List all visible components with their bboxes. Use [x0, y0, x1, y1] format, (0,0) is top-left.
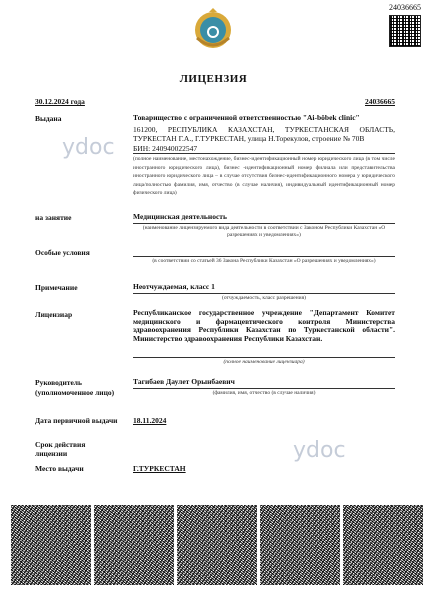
- note-label: Примечание: [35, 283, 78, 292]
- first-issue-value: 18.11.2024: [133, 416, 166, 425]
- first-issue-label: Дата первичной выдачи: [35, 416, 118, 425]
- qr-code: [389, 15, 421, 47]
- divider: [133, 357, 395, 358]
- licensor-label: Лицензиар: [35, 310, 72, 319]
- conditions-hint: (в соответствии со статьей 36 Закона Рес…: [133, 258, 395, 265]
- licensor-hint: (полное наименование лицензиара): [133, 359, 395, 366]
- validity-label: Срок действия: [35, 440, 85, 449]
- activity-value: Медицинская деятельность: [133, 212, 395, 221]
- place-value: Г.ТУРКЕСТАН: [133, 464, 186, 473]
- digital-signature-code: [11, 505, 91, 585]
- issued-label: Выдана: [35, 114, 61, 123]
- issued-address: 161200, РЕСПУБЛИКА КАЗАХСТАН, ТУРКЕСТАНС…: [133, 126, 395, 143]
- digital-signature-code: [177, 505, 257, 585]
- validity-label-sub: лицензии: [35, 449, 67, 458]
- issue-date: 30.12.2024 года: [35, 97, 85, 106]
- digital-signature-code: [260, 505, 340, 585]
- license-number: 24036665: [365, 97, 395, 106]
- note-hint: (отчуждаемость, класс разрешения): [133, 295, 395, 302]
- conditions-label: Особые условия: [35, 248, 90, 257]
- divider: [133, 256, 395, 257]
- head-hint: (фамилия, имя, отчество (в случае наличи…: [133, 390, 395, 397]
- watermark: ydoc: [62, 135, 115, 160]
- state-emblem-icon: [193, 8, 233, 53]
- issued-hint: (полное наименование, местонахождение, б…: [133, 155, 395, 198]
- head-label: Руководитель: [35, 378, 82, 387]
- licensor-value: Республиканское государственное учрежден…: [133, 309, 395, 343]
- digital-signature-code: [94, 505, 174, 585]
- watermark: ydoc: [293, 438, 346, 463]
- issued-value: Товарищество с ограниченной ответственно…: [133, 113, 395, 122]
- divider: [133, 293, 395, 294]
- activity-hint: (наименование лицензируемого вида деятел…: [133, 225, 395, 239]
- digital-signature-code: [343, 505, 423, 585]
- head-value: Тагибаев Даулет Орынбаевич: [133, 377, 395, 386]
- document-number-top: 24036665: [389, 3, 421, 12]
- note-value: Неотчуждаемая, класс 1: [133, 282, 395, 291]
- place-label: Место выдачи: [35, 464, 84, 473]
- activity-label: на занятие: [35, 213, 71, 222]
- divider: [133, 388, 395, 389]
- head-label-sub: (уполномоченное лицо): [35, 388, 114, 397]
- divider: [133, 153, 395, 154]
- divider: [133, 223, 395, 224]
- issued-bin: БИН: 240940022547: [133, 144, 395, 153]
- document-title: ЛИЦЕНЗИЯ: [0, 73, 427, 85]
